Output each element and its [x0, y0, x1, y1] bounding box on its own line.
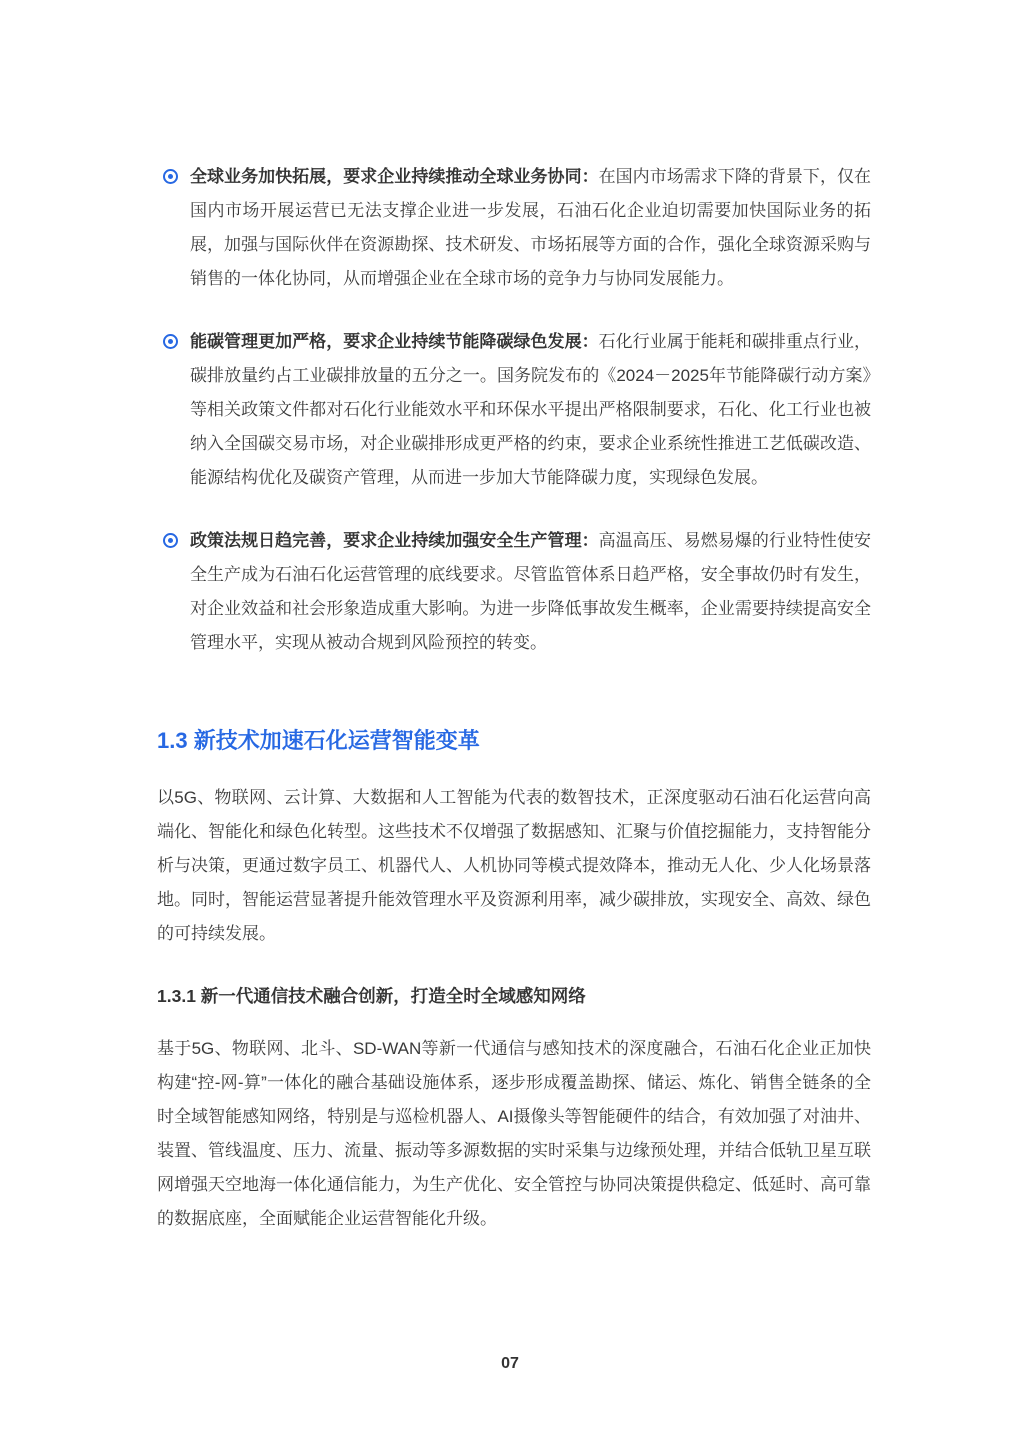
radio-bullet-icon — [163, 334, 178, 349]
bullet-list: 全球业务加快拓展，要求企业持续推动全球业务协同：在国内市场需求下降的背景下，仅在… — [157, 160, 871, 660]
bullet-body: 石化行业属于能耗和碳排重点行业，碳排放量约占工业碳排放量的五分之一。国务院发布的… — [190, 332, 871, 487]
bullet-lead: 能碳管理更加严格，要求企业持续节能降碳绿色发展： — [190, 332, 599, 351]
bullet-paragraph: 政策法规日趋完善，要求企业持续加强安全生产管理：高温高压、易燃易爆的行业特性使安… — [190, 524, 871, 660]
bullet-paragraph: 能碳管理更加严格，要求企业持续节能降碳绿色发展：石化行业属于能耗和碳排重点行业，… — [190, 325, 871, 495]
subsection-paragraph: 基于5G、物联网、北斗、SD-WAN等新一代通信与感知技术的深度融合，石油石化企… — [157, 1032, 871, 1236]
subsection-heading: 1.3.1 新一代通信技术融合创新，打造全时全域感知网络 — [157, 984, 871, 1008]
page-number: 07 — [0, 1355, 1020, 1373]
list-item: 政策法规日趋完善，要求企业持续加强安全生产管理：高温高压、易燃易爆的行业特性使安… — [157, 524, 871, 660]
bullet-paragraph: 全球业务加快拓展，要求企业持续推动全球业务协同：在国内市场需求下降的背景下，仅在… — [190, 160, 871, 296]
bullet-lead: 政策法规日趋完善，要求企业持续加强安全生产管理： — [190, 531, 599, 550]
section-heading: 1.3 新技术加速石化运营智能变革 — [157, 726, 871, 756]
list-item: 能碳管理更加严格，要求企业持续节能降碳绿色发展：石化行业属于能耗和碳排重点行业，… — [157, 325, 871, 495]
bullet-lead: 全球业务加快拓展，要求企业持续推动全球业务协同： — [190, 167, 599, 186]
document-page: 全球业务加快拓展，要求企业持续推动全球业务协同：在国内市场需求下降的背景下，仅在… — [0, 0, 1020, 1431]
content-area: 全球业务加快拓展，要求企业持续推动全球业务协同：在国内市场需求下降的背景下，仅在… — [157, 160, 871, 1236]
list-item: 全球业务加快拓展，要求企业持续推动全球业务协同：在国内市场需求下降的背景下，仅在… — [157, 160, 871, 296]
radio-bullet-icon — [163, 533, 178, 548]
radio-bullet-icon — [163, 169, 178, 184]
section-intro-paragraph: 以5G、物联网、云计算、大数据和人工智能为代表的数智技术，正深度驱动石油石化运营… — [157, 781, 871, 951]
